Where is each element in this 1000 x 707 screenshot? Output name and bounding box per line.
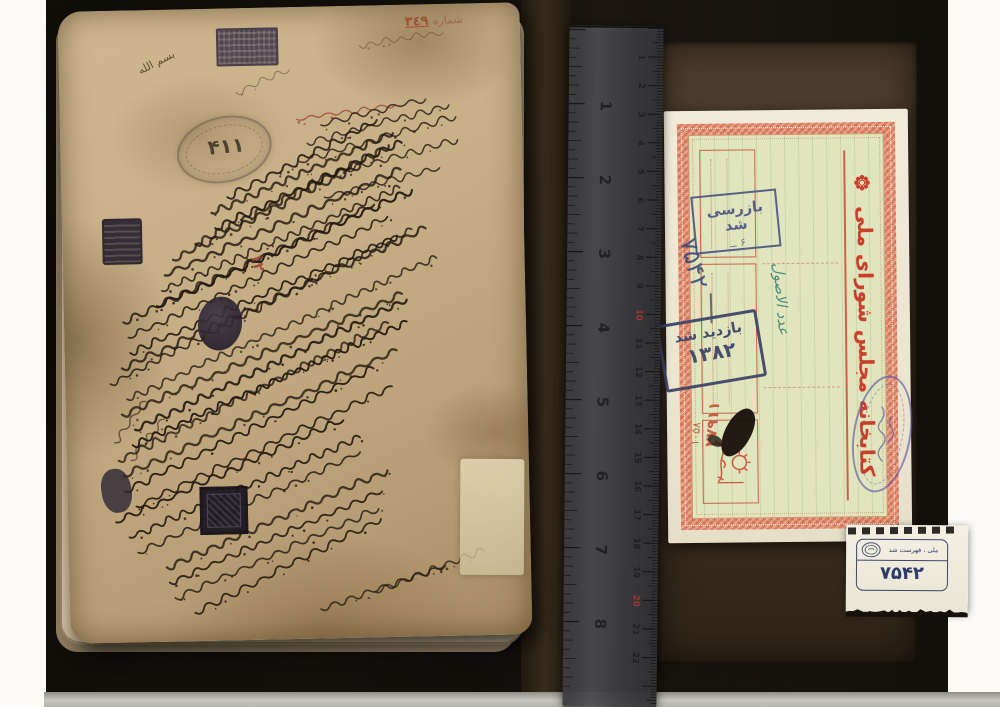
- inspection-stamp: بازرسی شد ۶ ــ: [690, 188, 781, 254]
- catalog-label-header: ملی ، فهرست شد: [857, 540, 947, 562]
- svg-text:12: 12: [633, 366, 643, 378]
- column-divider: [764, 386, 840, 388]
- page-stack: شماره ٣٤٩ بسم الله ۴۱۱ ۱۲: [52, 4, 534, 660]
- square-seal-stamp: [199, 486, 248, 535]
- svg-text:3: 3: [636, 112, 646, 118]
- svg-text:4: 4: [635, 140, 645, 146]
- manuscript-page: شماره ٣٤٩ بسم الله ۴۱۱ ۱۲: [57, 2, 532, 644]
- svg-text:1: 1: [597, 101, 615, 112]
- bookplate-card: کتابخانه مجلس شورای ملی: [664, 109, 913, 544]
- paper-slip: [460, 459, 525, 575]
- catalog-label-box: ملی ، فهرست شد ۷۵۴۲: [856, 539, 948, 592]
- rosette-icon: [848, 174, 872, 191]
- svg-text:13: 13: [633, 395, 643, 407]
- square-stamp: [102, 218, 143, 265]
- serial-number: ٣٤٩: [404, 14, 429, 30]
- catalog-note: ملی ، فهرست شد: [884, 546, 943, 554]
- svg-text:21: 21: [630, 623, 640, 635]
- rectangular-library-stamp: [216, 27, 279, 66]
- ruler: 1234567891011121314151617181920212212345…: [562, 26, 663, 707]
- svg-text:7: 7: [634, 226, 644, 232]
- svg-text:16: 16: [632, 480, 642, 492]
- svg-text:10: 10: [633, 309, 643, 321]
- title-rule: [843, 150, 849, 500]
- svg-text:17: 17: [631, 509, 641, 521]
- svg-text:1: 1: [636, 54, 646, 60]
- svg-text:9: 9: [634, 283, 644, 289]
- sprocket-edge: [848, 527, 954, 535]
- seal-icon: [861, 542, 881, 558]
- svg-text:5: 5: [635, 169, 645, 175]
- svg-text:22: 22: [630, 652, 640, 664]
- scanner-strip: [44, 692, 1000, 707]
- svg-text:11: 11: [633, 337, 643, 349]
- svg-text:6: 6: [635, 197, 645, 203]
- svg-text:2: 2: [636, 83, 646, 89]
- inspection-stamp-text: بازرسی شد: [693, 198, 778, 238]
- catalog-number: ۷۵۴۲: [857, 561, 947, 591]
- svg-text:15: 15: [632, 452, 642, 464]
- svg-text:7: 7: [592, 545, 610, 556]
- manuscript-scan: شماره ٣٤٩ بسم الله ۴۱۱ ۱۲ 12345678910111…: [0, 0, 1000, 707]
- oval-stamp-number: ۴۱۱: [207, 132, 246, 159]
- ruler-scale: 1234567891011121314151617181920212212345…: [562, 26, 663, 707]
- serial-label: شماره: [432, 13, 463, 28]
- svg-text:19: 19: [631, 566, 641, 578]
- svg-text:20: 20: [630, 595, 640, 607]
- svg-text:4: 4: [594, 323, 612, 334]
- svg-text:3: 3: [595, 249, 613, 260]
- svg-text:6: 6: [593, 471, 611, 482]
- svg-text:5: 5: [594, 397, 612, 408]
- svg-text:18: 18: [631, 538, 641, 550]
- svg-text:2: 2: [596, 175, 614, 186]
- svg-text:8: 8: [591, 619, 609, 630]
- svg-text:14: 14: [632, 423, 642, 435]
- catalog-label: ملی ، فهرست شد ۷۵۴۲: [846, 525, 969, 613]
- svg-text:8: 8: [634, 255, 644, 261]
- perforated-edge: [846, 607, 968, 618]
